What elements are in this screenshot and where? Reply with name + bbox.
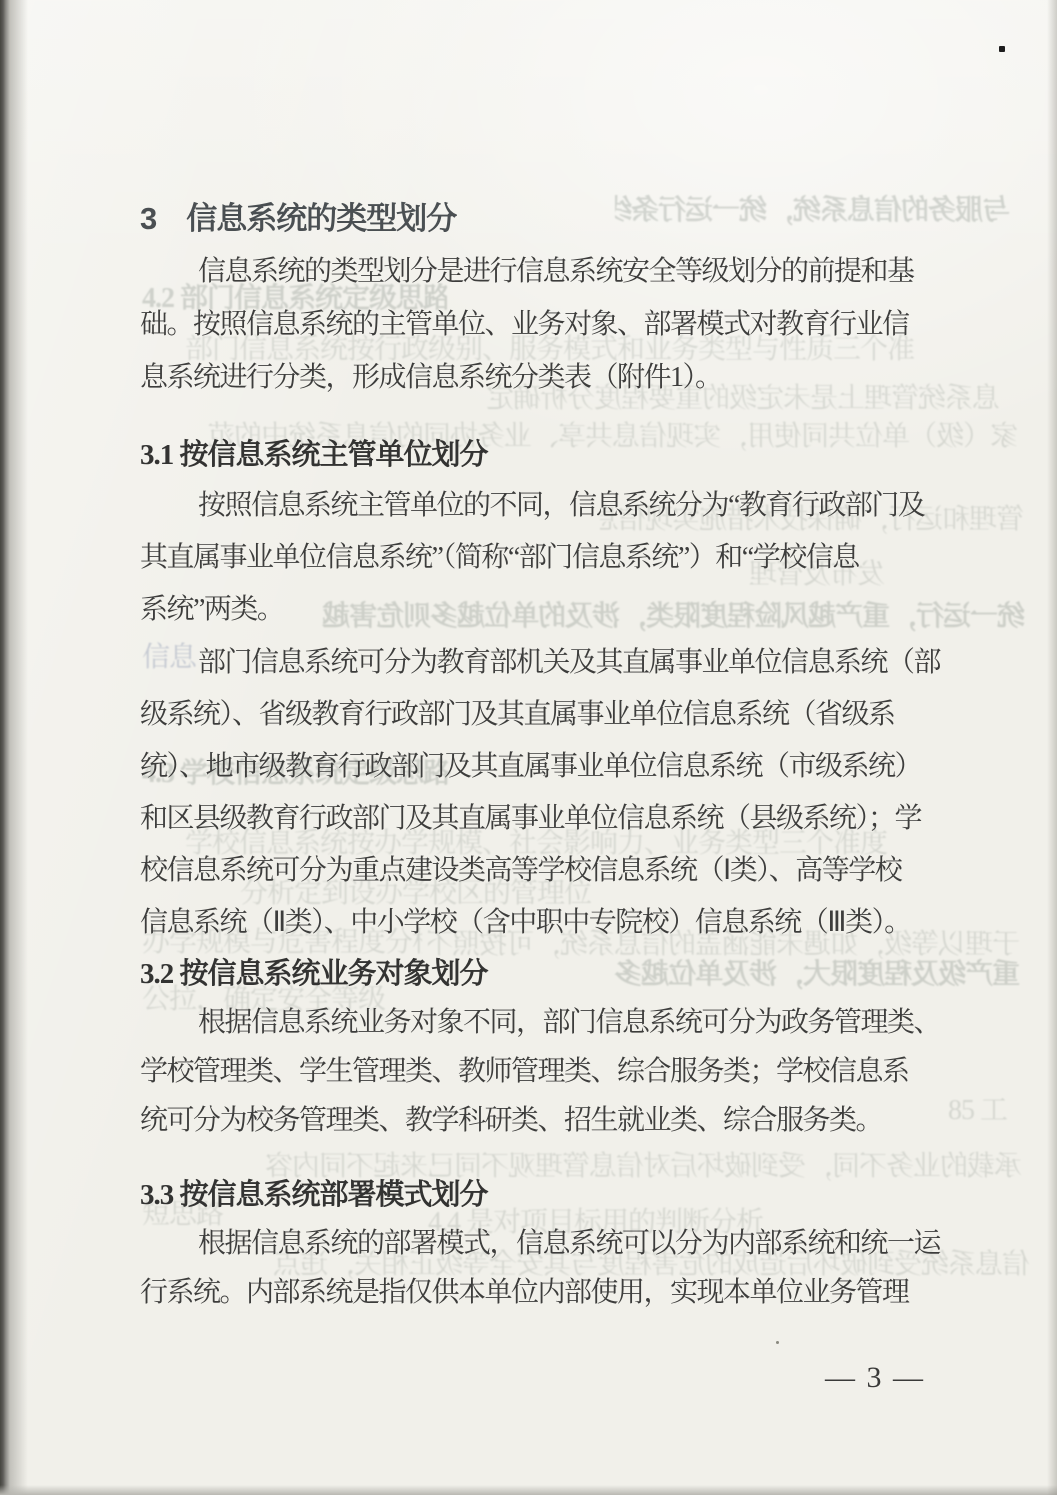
page-edge-right	[1047, 0, 1057, 1495]
page-number: — 3 —	[825, 1361, 925, 1395]
body-line: 息系统进行分类，形成信息系统分类表（附件1）。	[140, 361, 722, 395]
body-line: 信息系统（Ⅱ类）、中小学校（含中职中专院校）信息系统（Ⅲ类）。	[140, 906, 911, 940]
body-line: 根据信息系统业务对象不同，部门信息系统可分为政务管理类、	[198, 1006, 940, 1040]
page-edge-left	[0, 0, 30, 1495]
ink-speck	[776, 1341, 779, 1344]
bleedthrough-line: 85 工	[948, 1094, 1028, 1128]
body-line: 其直属事业单位信息系统”（简称“部门信息系统”）和“学校信息	[140, 541, 859, 575]
bleedthrough-line: 统一运行，重产越风险程度限类，涉及的单位越多则危害越	[300, 600, 1025, 634]
body-line: 级系统）、省级教育行政部门及其直属事业单位信息系统（省级系	[140, 698, 895, 732]
ink-speck	[999, 46, 1005, 52]
body-line: 础。按照信息系统的主管单位、业务对象、部署模式对教育行业信	[140, 308, 909, 342]
scanned-page: 与服务的信息系统，统一运行条线管理的 4.2 部门信息系统定级思路 部门信息系统…	[0, 0, 1057, 1495]
body-line: 行系统。内部系统是指仅供本单位内部使用，实现本单位业务管理	[140, 1276, 909, 1310]
body-line: 统）、地市级教育行政部门及其直属事业单位信息系统（市级系统）	[140, 750, 921, 784]
bleedthrough-line: 重产级及程度限大，涉及单位越多	[480, 958, 1020, 992]
body-line: 按照信息系统主管单位的不同，信息系统分为“教育行政部门及	[198, 489, 924, 523]
body-line: 系统”两类。	[140, 593, 283, 627]
section-heading-3-1: 3.1 按信息系统主管单位划分	[140, 438, 488, 472]
body-line: 校信息系统可分为重点建设类高等学校信息系统（Ⅰ类）、高等学校	[140, 854, 901, 888]
section-heading-3-2: 3.2 按信息系统业务对象划分	[140, 957, 488, 991]
body-line: 学校管理类、学生管理类、教师管理类、综合服务类；学校信息系	[140, 1055, 909, 1089]
body-line: 和区县级教育行政部门及其直属事业单位信息系统（县级系统）；学	[140, 802, 921, 836]
body-line: 信息系统的类型划分是进行信息系统安全等级划分的前提和基	[198, 255, 914, 289]
section-heading-3-3: 3.3 按信息系统部署模式划分	[140, 1178, 488, 1212]
bleedthrough-line: 与服务的信息系统，统一运行条线管理的	[615, 194, 1010, 228]
body-line: 统可分为校务管理类、教学科研类、招生就业类、综合服务类。	[140, 1104, 882, 1138]
page-edge-bottom	[0, 1485, 1057, 1495]
body-line: 根据信息系统的部署模式，信息系统可以分为内部系统和统一运	[198, 1227, 940, 1261]
doc-title: 3 信息系统的类型划分	[140, 202, 456, 236]
body-line: 部门信息系统可分为教育部机关及其直属事业单位信息系统（部	[198, 646, 940, 680]
